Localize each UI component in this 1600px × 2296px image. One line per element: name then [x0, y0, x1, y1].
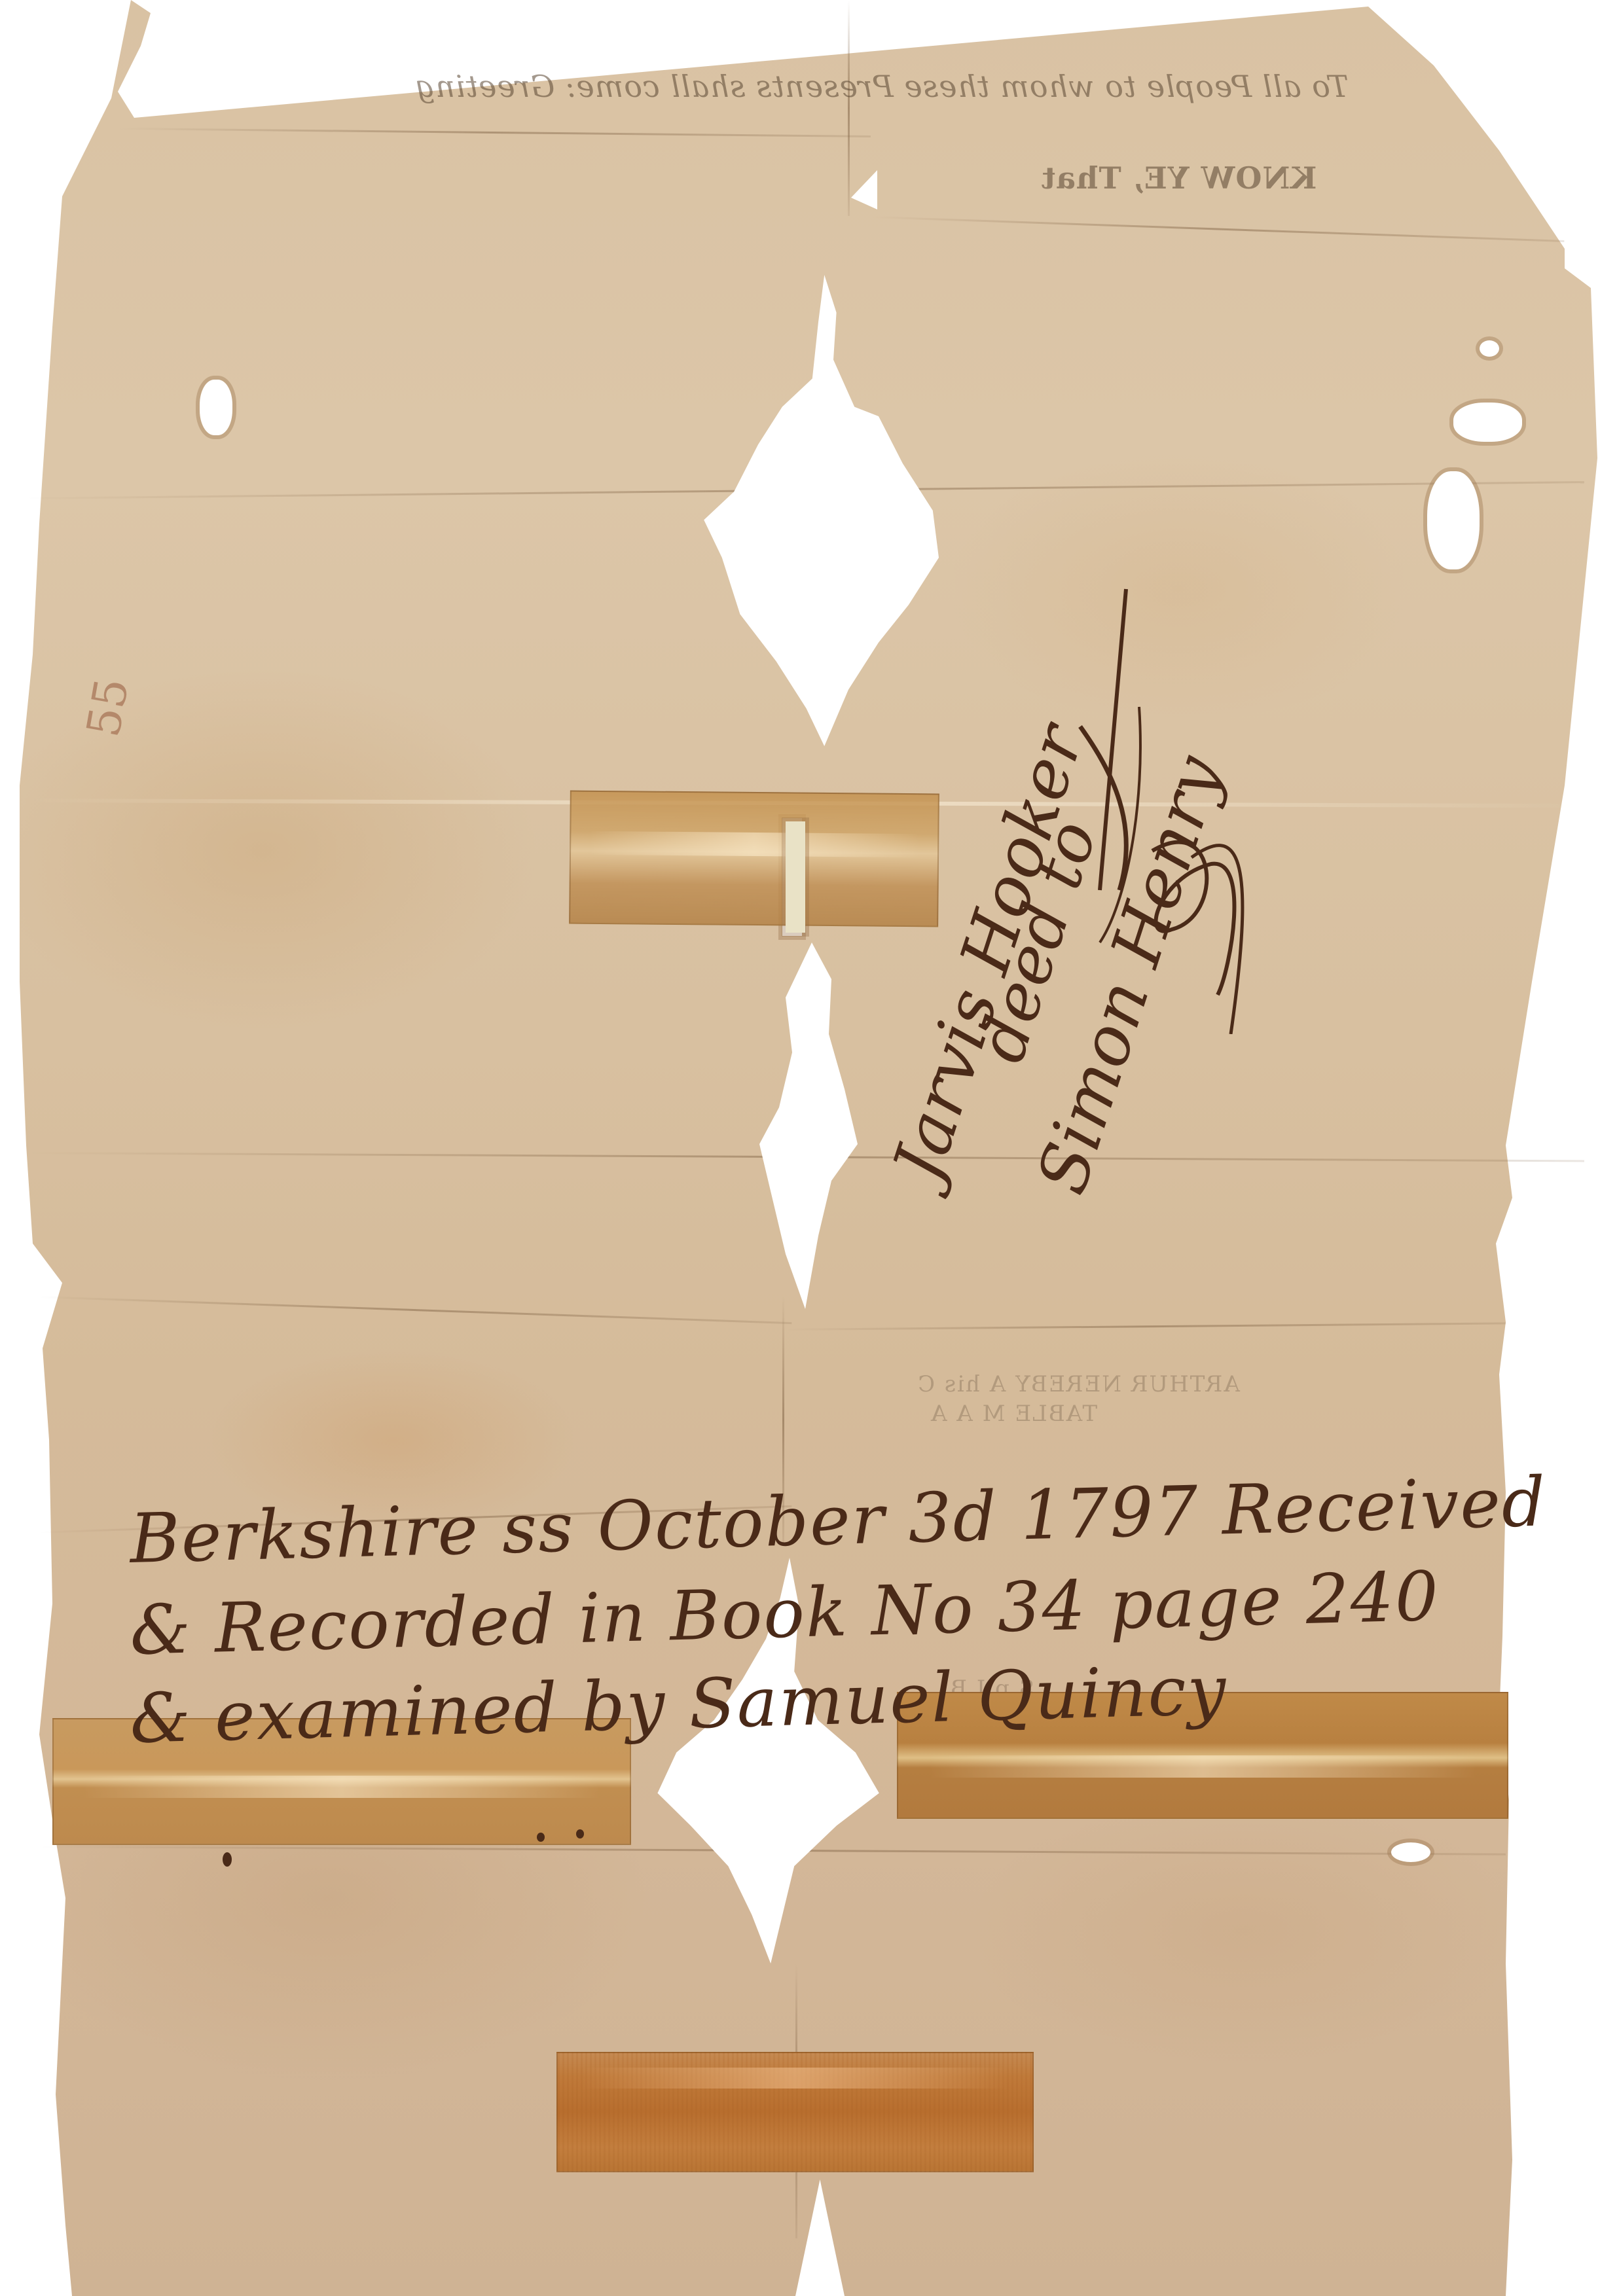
- ink-spot: [576, 1829, 584, 1839]
- bleedthrough-print: TABLE M A A: [930, 1401, 1097, 1427]
- small-hole: [1391, 1842, 1430, 1862]
- tape-repair-lower: [556, 2052, 1034, 2172]
- ink-spot: [537, 1833, 545, 1842]
- tape-repair-upper: [569, 791, 939, 927]
- paraph-flourish: [1061, 576, 1257, 1034]
- ink-spot: [223, 1852, 232, 1867]
- fold-crease-vertical: [848, 0, 850, 216]
- tape-gap: [786, 821, 805, 933]
- printed-opening-mirrored: KNOW YE, That: [1041, 160, 1317, 196]
- document-scan: To all People to whom these Presents sha…: [0, 0, 1600, 2296]
- small-hole: [200, 380, 232, 435]
- small-hole: [1453, 403, 1522, 442]
- margin-number: 55: [76, 674, 139, 741]
- bleedthrough-print: ARTHUR NEREBY A his C: [917, 1371, 1240, 1397]
- small-hole: [1427, 471, 1480, 569]
- small-hole: [1480, 340, 1499, 357]
- printed-header-mirrored: To all People to whom these Presents sha…: [740, 69, 1349, 104]
